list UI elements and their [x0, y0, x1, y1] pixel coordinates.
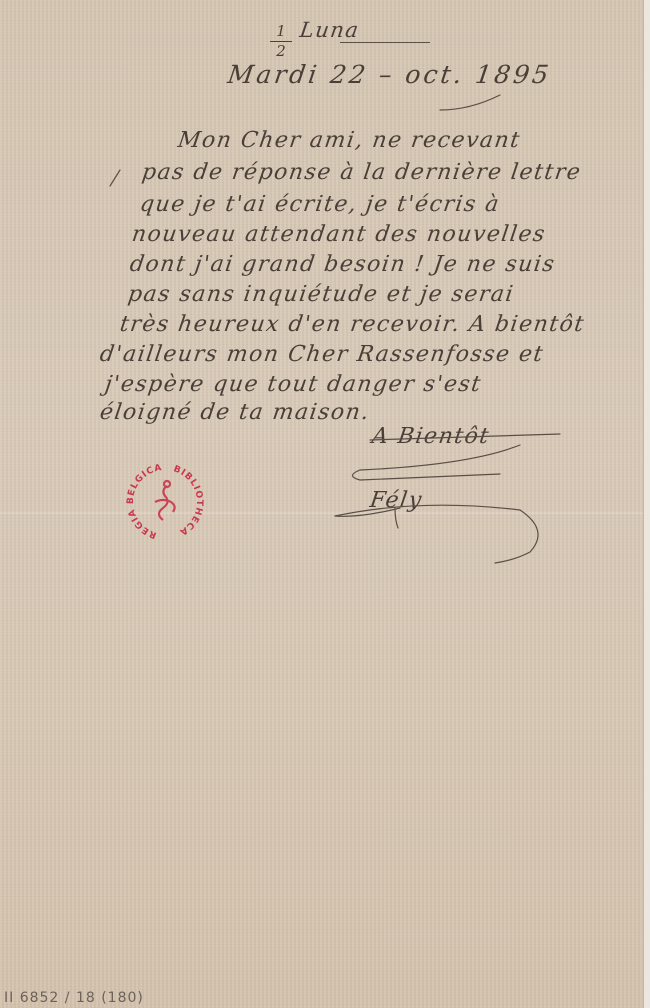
signature: Fély	[368, 488, 424, 513]
letter-paper: 1 2 Luna Mardi 22 – oct. 1895 Mon Cher a…	[0, 0, 644, 1008]
fraction-denominator: 2	[276, 42, 286, 60]
place-heading: Luna	[298, 18, 361, 42]
body-line-2: pas de réponse à la dernière lettre	[140, 160, 583, 185]
paper-fold-line	[0, 512, 643, 514]
stamp-seal-icon: REGIA BELGICA BIBLIOTHECA	[125, 462, 205, 542]
body-line-8: d'ailleurs mon Cher Rassenfosse et	[98, 342, 545, 367]
body-line-9: j'espère que tout danger s'est	[103, 372, 483, 397]
body-line-4: nouveau attendant des nouvelles	[130, 222, 547, 247]
svg-text:BIBLIOTHECA: BIBLIOTHECA	[172, 464, 204, 537]
body-line-3: que je t'ai écrite, je t'écris à	[138, 192, 501, 217]
body-line-6: pas sans inquiétude et je serai	[126, 282, 516, 307]
letter-date: Mardi 22 – oct. 1895	[226, 60, 553, 89]
library-stamp: REGIA BELGICA BIBLIOTHECA	[125, 462, 205, 542]
shelfmark-annotation: II 6852 / 18 (180)	[4, 990, 144, 1006]
body-line-5: dont j'ai grand besoin ! Je ne suis	[128, 252, 557, 277]
closing-line: A Bientôt	[370, 424, 491, 449]
place-underline	[340, 42, 430, 43]
body-line-7: très heureux d'en recevoir. A bientôt	[118, 312, 586, 337]
body-line-10: éloigné de ta maison.	[98, 400, 371, 425]
page-fraction: 1 2	[270, 24, 292, 59]
fraction-numerator: 1	[276, 22, 286, 40]
stamp-text-right: BIBLIOTHECA	[172, 464, 204, 537]
body-line-1: Mon Cher ami, ne recevant	[176, 128, 522, 153]
